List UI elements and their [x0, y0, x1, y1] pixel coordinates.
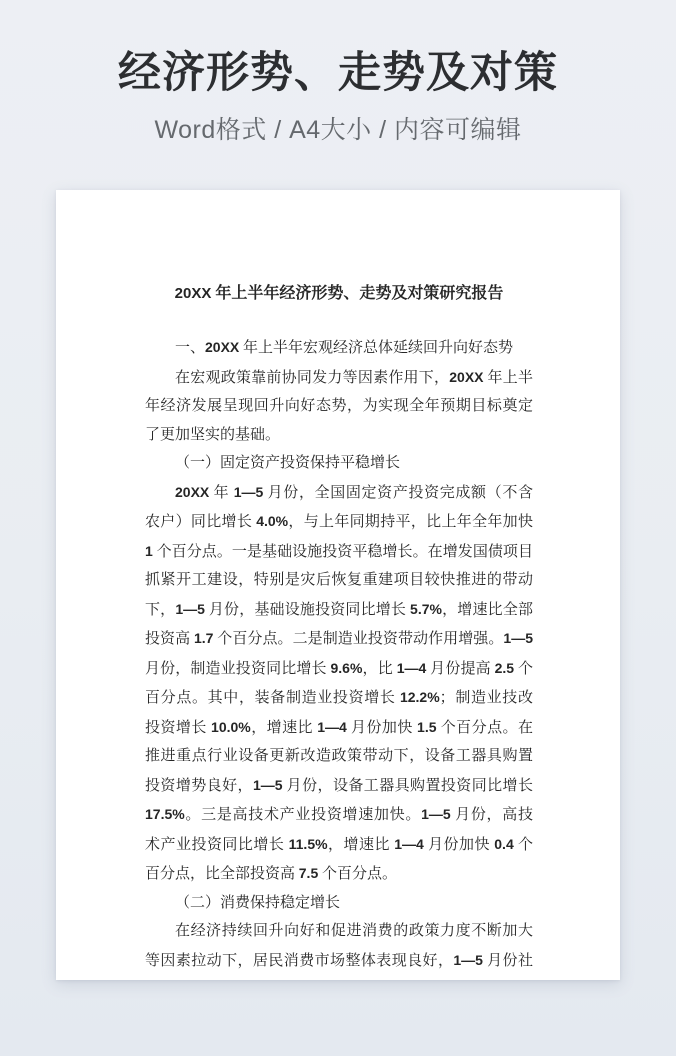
doc-paragraph: 在宏观政策靠前协同发力等因素作用下，20XX 年上半年经济发展呈现回升向好态势，…: [145, 363, 533, 450]
doc-paragraph: 20XX 年 1—5 月份，全国固定资产投资完成额（不含农户）同比增长 4.0%…: [145, 478, 533, 889]
page-subtitle: Word格式 / A4大小 / 内容可编辑: [0, 110, 676, 146]
document-content: 20XX 年上半年经济形势、走势及对策研究报告 一、20XX 年上半年宏观经济总…: [145, 282, 533, 980]
doc-paragraph: 在经济持续回升向好和促进消费的政策力度不断加大等因素拉动下，居民消费市场整体表现…: [145, 917, 533, 980]
doc-heading: （一）固定资产投资保持平稳增长: [145, 449, 533, 478]
hero-header: 经济形势、走势及对策 Word格式 / A4大小 / 内容可编辑: [0, 0, 676, 146]
doc-heading: 一、20XX 年上半年宏观经济总体延续回升向好态势: [145, 333, 533, 363]
page-title: 经济形势、走势及对策: [0, 50, 676, 97]
doc-body: 一、20XX 年上半年宏观经济总体延续回升向好态势在宏观政策靠前协同发力等因素作…: [145, 333, 533, 980]
document-title: 20XX 年上半年经济形势、走势及对策研究报告: [145, 282, 533, 306]
document-preview-page: 20XX 年上半年经济形势、走势及对策研究报告 一、20XX 年上半年宏观经济总…: [56, 190, 620, 980]
doc-heading: （二）消费保持稳定增长: [145, 889, 533, 918]
